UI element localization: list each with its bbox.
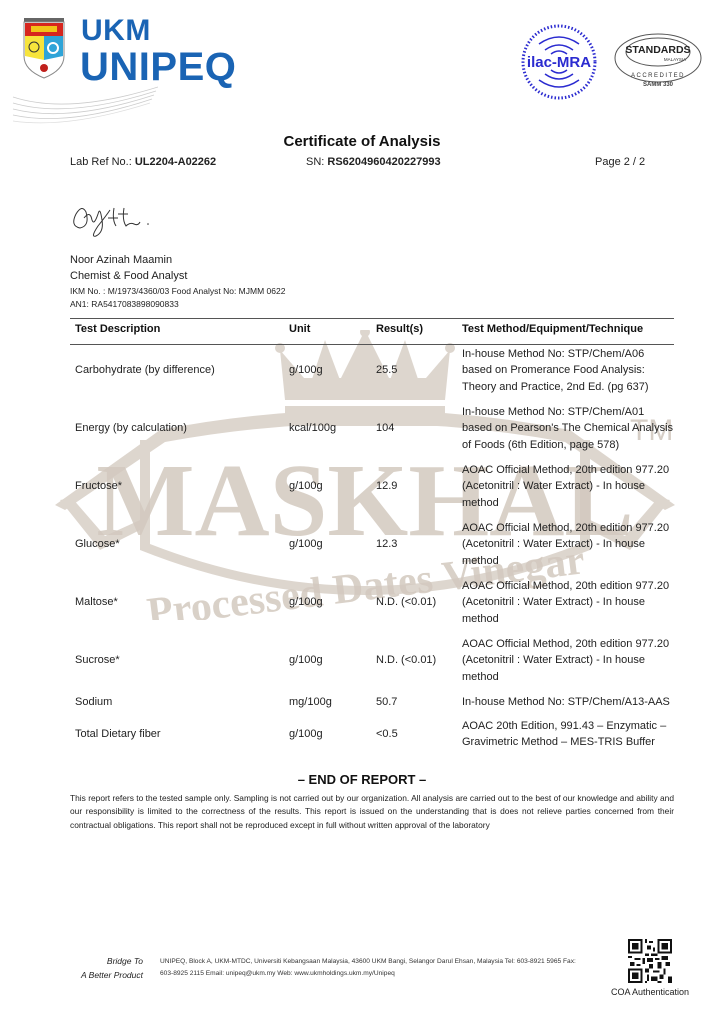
page-number: Page 2 / 2 <box>595 156 645 168</box>
svg-text:MALAYSIA: MALAYSIA <box>664 57 686 62</box>
method-cell: In-house Method No: STP/Chem/A13-AAS <box>462 694 677 710</box>
brand-unipeq: UNIPEQ <box>80 46 236 88</box>
ukm-crest-logo <box>20 16 68 80</box>
header-unit: Unit <box>289 323 310 335</box>
header-results: Result(s) <box>376 323 423 335</box>
qr-caption: COA Authentication <box>590 987 710 997</box>
lab-ref: Lab Ref No.: UL2204-A02262 <box>70 156 216 168</box>
result-cell: <0.5 <box>376 726 398 742</box>
method-cell: AOAC Official Method, 20th edition 977.2… <box>462 636 677 685</box>
unit-cell: g/100g <box>289 362 323 378</box>
result-cell: 12.9 <box>376 478 397 494</box>
end-of-report: – END OF REPORT – <box>0 772 724 787</box>
result-cell: 25.5 <box>376 362 397 378</box>
table-top-rule <box>70 318 674 319</box>
table-header-rule <box>70 344 674 345</box>
test-description-cell: Glucose* <box>75 536 120 552</box>
result-cell: 50.7 <box>376 694 397 710</box>
result-cell: 12.3 <box>376 536 397 552</box>
test-description-cell: Energy (by calculation) <box>75 420 187 436</box>
unit-cell: g/100g <box>289 726 323 742</box>
sn-label: SN: <box>306 156 324 168</box>
qr-code-icon[interactable] <box>628 939 672 983</box>
svg-text:ilac-MRA: ilac-MRA <box>527 54 591 71</box>
svg-text:ACCREDITED: ACCREDITED <box>631 73 685 79</box>
disclaimer-text: This report refers to the tested sample … <box>70 792 674 832</box>
swoosh-decoration <box>8 85 158 130</box>
brand-ukm: UKM <box>81 16 151 46</box>
method-cell: AOAC Official Method, 20th edition 977.2… <box>462 520 677 569</box>
signature-image <box>68 196 158 240</box>
footer-tagline: Bridge To A Better Product <box>60 954 143 982</box>
sn-value: RS6204960420227993 <box>327 156 440 168</box>
result-cell: N.D. (<0.01) <box>376 652 436 668</box>
document-title: Certificate of Analysis <box>0 133 724 150</box>
method-cell: AOAC Official Method, 20th edition 977.2… <box>462 462 677 511</box>
method-cell: AOAC 20th Edition, 991.43 – Enzymatic – … <box>462 718 677 751</box>
test-description-cell: Total Dietary fiber <box>75 726 161 742</box>
test-description-cell: Carbohydrate (by difference) <box>75 362 215 378</box>
header-test-description: Test Description <box>75 323 160 335</box>
signer-name: Noor Azinah Maamin <box>70 254 172 266</box>
unit-cell: mg/100g <box>289 694 332 710</box>
method-cell: In-house Method No: STP/Chem/A06 based o… <box>462 346 677 395</box>
unit-cell: kcal/100g <box>289 420 336 436</box>
ilac-mra-logo: ilac-MRA <box>519 22 599 102</box>
unit-cell: g/100g <box>289 652 323 668</box>
method-cell: AOAC Official Method, 20th edition 977.2… <box>462 578 677 627</box>
unit-cell: g/100g <box>289 594 323 610</box>
header-test-method: Test Method/Equipment/Technique <box>462 323 677 335</box>
test-description-cell: Fructose* <box>75 478 122 494</box>
lab-ref-value: UL2204-A02262 <box>135 156 216 168</box>
footer-address: UNIPEQ, Block A, UKM-MTDC, Universiti Ke… <box>160 956 590 980</box>
tagline-line-1: Bridge To <box>60 954 143 968</box>
samm-code: SAMM 330 <box>628 82 688 88</box>
test-description-cell: Sucrose* <box>75 652 120 668</box>
test-description-cell: Sodium <box>75 694 112 710</box>
lab-ref-label: Lab Ref No.: <box>70 156 132 168</box>
unit-cell: g/100g <box>289 536 323 552</box>
tagline-line-2: A Better Product <box>60 968 143 982</box>
test-description-cell: Maltose* <box>75 594 118 610</box>
signer-role: Chemist & Food Analyst <box>70 270 187 282</box>
unit-cell: g/100g <box>289 478 323 494</box>
svg-text:STANDARDS: STANDARDS <box>625 44 690 56</box>
serial-number: SN: RS6204960420227993 <box>306 156 441 168</box>
signer-an1: AN1: RA5417083898090833 <box>70 299 179 309</box>
signer-ikm-number: IKM No. : M/1973/4360/03 Food Analyst No… <box>70 286 285 296</box>
method-cell: In-house Method No: STP/Chem/A01 based o… <box>462 404 677 453</box>
result-cell: 104 <box>376 420 394 436</box>
result-cell: N.D. (<0.01) <box>376 594 436 610</box>
